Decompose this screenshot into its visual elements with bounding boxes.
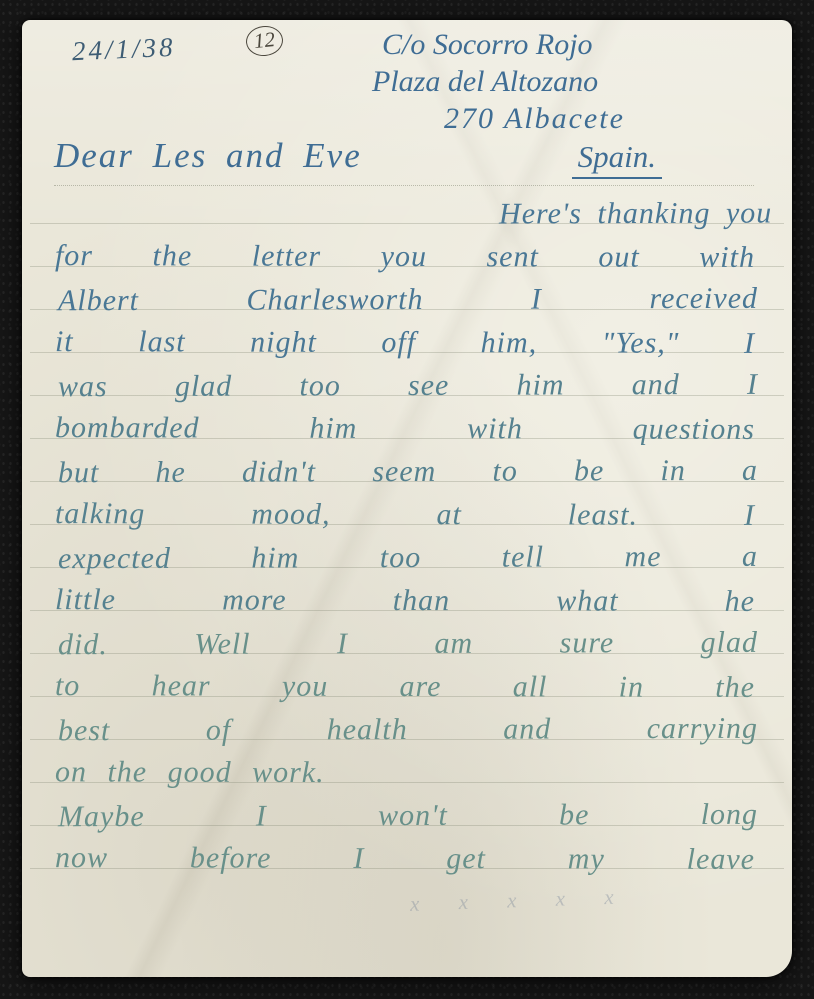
handwriting-line: to hear you are all in the (55, 664, 755, 709)
handwriting-line: little more than what he (55, 578, 755, 623)
letter-date: 24/1/38 (71, 32, 176, 67)
address-line: C/o Socorro Rojo (370, 26, 776, 63)
photo-background: 24/1/38 12 C/o Socorro Rojo Plaza del Al… (0, 0, 814, 999)
address-line: 270 Albacete (370, 100, 776, 137)
handwriting-line: was glad too see him and I (58, 363, 758, 408)
address-line: Plaza del Altozano (370, 63, 776, 100)
handwriting-line: talking mood, at least. I (55, 492, 755, 537)
handwriting-line: expected him too tell me a (58, 535, 758, 580)
handwriting-line: for the letter you sent out with (55, 234, 755, 279)
handwriting-line: Maybe I won't be long (58, 793, 758, 838)
salutation-row: Dear Les and Eve Spain. (54, 136, 754, 186)
bleed-through-marks: x x x x x (410, 884, 631, 917)
handwriting-line: now before I get my leave (55, 836, 755, 881)
handwriting-line: it last night off him, "Yes," I (55, 320, 755, 365)
handwriting-line: on the good work. (55, 750, 552, 794)
letter-paper: 24/1/38 12 C/o Socorro Rojo Plaza del Al… (22, 20, 792, 977)
page-number-circled: 12 (245, 24, 285, 58)
handwriting-line: Albert Charlesworth I received (58, 277, 758, 322)
sender-address: C/o Socorro Rojo Plaza del Altozano 270 … (370, 26, 776, 137)
address-country: Spain. (572, 139, 662, 179)
handwriting-line: best of health and carrying (58, 707, 758, 752)
handwriting-line: but he didn't seem to be in a (58, 449, 758, 494)
letter-body: Here's thanking you for the letter you s… (56, 192, 756, 880)
handwriting-line: did. Well I am sure glad (58, 621, 758, 666)
salutation: Dear Les and Eve (54, 136, 362, 176)
handwriting-line: bombarded him with questions (55, 406, 755, 451)
handwriting-line: Here's thanking you (499, 192, 758, 236)
